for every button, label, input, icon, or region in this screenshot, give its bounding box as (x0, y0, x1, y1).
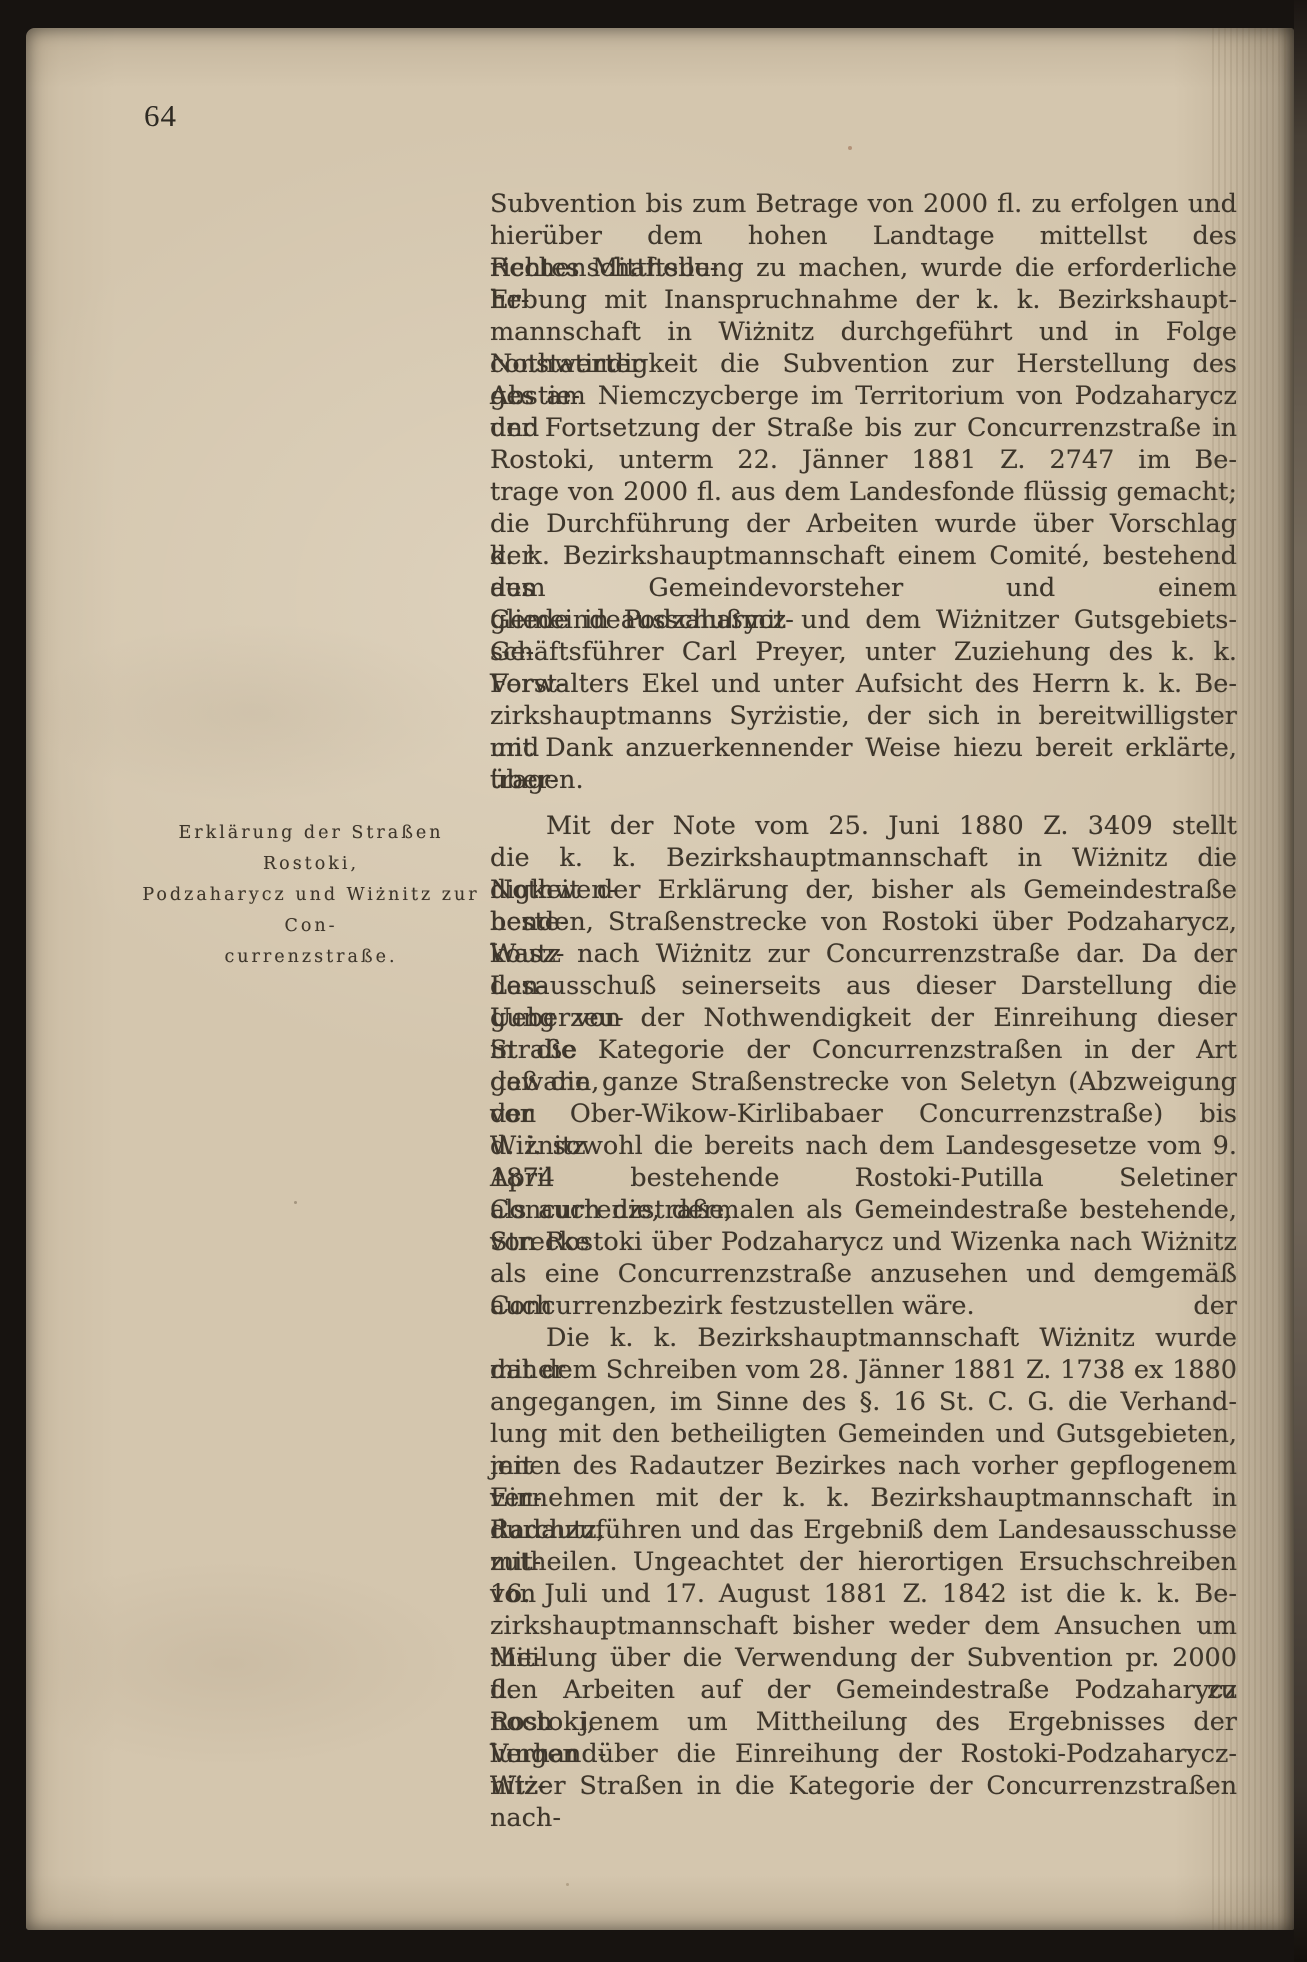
text-line: digkeit der Erklärung der, bisher als Ge… (490, 874, 1237, 906)
text-line: Nothwendigkeit die Subvention zur Herste… (490, 348, 1237, 380)
paragraph: Die k. k. Bezirkshauptmannschaft Wiżnitz… (490, 1322, 1237, 1802)
text-line: 1874 bestehende Rostoki-Putilla Seletine… (490, 1162, 1237, 1194)
text-line: noch jenem um Mittheilung des Ergebnisse… (490, 1706, 1237, 1738)
text-line: k. k. Bezirkshauptmannschaft einem Comit… (490, 540, 1237, 572)
text-line: mannschaft in Wiżnitz durchgeführt und i… (490, 316, 1237, 348)
text-line: die Durchführung der Arbeiten wurde über… (490, 508, 1237, 540)
text-line: zirkshauptmannschaft bisher weder dem An… (490, 1610, 1237, 1642)
text-line: lungen über die Einreihung der Rostoki-P… (490, 1738, 1237, 1770)
paragraph: Subvention bis zum Betrage von 2000 fl. … (490, 188, 1237, 796)
text-line: durchzuführen und das Ergebniß dem Lande… (490, 1514, 1237, 1546)
text-line: tragen. (490, 764, 1237, 796)
text-line: vernehmen mit der k. k. Bezirkshauptmann… (490, 1482, 1237, 1514)
text-line: jenen des Radautzer Bezirkes nach vorher… (490, 1450, 1237, 1482)
text-line: daß die ganze Straßenstrecke von Seletyn… (490, 1066, 1237, 1098)
text-line: ges am Niemczycberge im Territorium von … (490, 380, 1237, 412)
paper-speck (848, 146, 852, 150)
text-line: gliede in Podzaharycz und dem Wiżnitzer … (490, 604, 1237, 636)
text-line: lung mit den betheiligten Gemeinden und … (490, 1418, 1237, 1450)
text-line: in die Kategorie der Concurrenzstraßen i… (490, 1034, 1237, 1066)
text-line: der Ober-Wikow-Kirlibabaer Concurrenzstr… (490, 1098, 1237, 1130)
text-line: von Rostoki über Podzaharycz und Wizenka… (490, 1226, 1237, 1258)
text-line: dem Gemeindevorsteher und einem Gemeinde… (490, 572, 1237, 604)
text-line: desausschuß seinerseits aus dieser Darst… (490, 970, 1237, 1002)
text-line: hierüber dem hohen Landtage mittellst de… (490, 220, 1237, 252)
paper-speck (566, 1883, 569, 1886)
text-line: Die k. k. Bezirkshauptmannschaft Wiżnitz… (490, 1322, 1237, 1354)
text-line: den Arbeiten auf der Gemeindestraße Podz… (490, 1674, 1237, 1706)
text-line: gung von der Nothwendigkeit der Einreihu… (490, 1002, 1237, 1034)
book-page: 64 Erklärung der Straßen Rostoki,Podzaha… (26, 28, 1294, 1930)
text-line: als eine Concurrenzstraße anzusehen und … (490, 1258, 1237, 1290)
text-line: hebung mit Inanspruchnahme der k. k. Bez… (490, 284, 1237, 316)
margin-note: Erklärung der Straßen Rostoki,Podzaharyc… (132, 818, 490, 973)
text-line: 16. Juli und 17. August 1881 Z. 1842 ist… (490, 1578, 1237, 1610)
text-line: henden, Straßenstrecke von Rostoki über … (490, 906, 1237, 938)
text-line: die k. k. Bezirkshauptmannschaft in Wiżn… (490, 842, 1237, 874)
text-line: schäftsführer Carl Preyer, unter Zuziehu… (490, 636, 1237, 668)
margin-note-line: Erklärung der Straßen Rostoki, (132, 818, 490, 880)
text-line: zirkshauptmanns Syrżistie, der sich in b… (490, 700, 1237, 732)
text-line: mit Dank anzuerkennender Weise hiezu ber… (490, 732, 1237, 764)
paragraph: Mit der Note vom 25. Juni 1880 Z. 3409 s… (490, 810, 1237, 1322)
text-line: trage von 2000 fl. aus dem Landesfonde f… (490, 476, 1237, 508)
paper-speck (294, 1201, 297, 1204)
text-line: Subvention bis zum Betrage von 2000 fl. … (490, 188, 1237, 220)
text-line: theilung über die Verwendung der Subvent… (490, 1642, 1237, 1674)
text-line: Rostoki, unterm 22. Jänner 1881 Z. 2747 … (490, 444, 1237, 476)
text-line: d. i. sowohl die bereits nach dem Landes… (490, 1130, 1237, 1162)
text-line: mit dem Schreiben vom 28. Jänner 1881 Z.… (490, 1354, 1237, 1386)
margin-note-line: currenzstraße. (132, 942, 490, 973)
margin-note-line: Podzaharycz und Wiżnitz zur Con- (132, 880, 490, 942)
scanned-page: 64 Erklärung der Straßen Rostoki,Podzaha… (0, 0, 1307, 1962)
text-line: richtes Mittheilung zu machen, wurde die… (490, 252, 1237, 284)
text-line: als auch die, dermalen als Gemeindestraß… (490, 1194, 1237, 1226)
text-line: koutz nach Wiżnitz zur Concurrenzstraße … (490, 938, 1237, 970)
page-number: 64 (144, 98, 177, 134)
text-line: zutheilen. Ungeachtet der hierortigen Er… (490, 1546, 1237, 1578)
text-line: der Fortsetzung der Straße bis zur Concu… (490, 412, 1237, 444)
page-edge-shadow (1294, 0, 1307, 1962)
text-line: Verwalters Ekel und unter Aufsicht des H… (490, 668, 1237, 700)
text-line: Mit der Note vom 25. Juni 1880 Z. 3409 s… (490, 810, 1237, 842)
text-line: angegangen, im Sinne des §. 16 St. C. G.… (490, 1386, 1237, 1418)
text-line: nitzer Straßen in die Kategorie der Conc… (490, 1770, 1237, 1802)
